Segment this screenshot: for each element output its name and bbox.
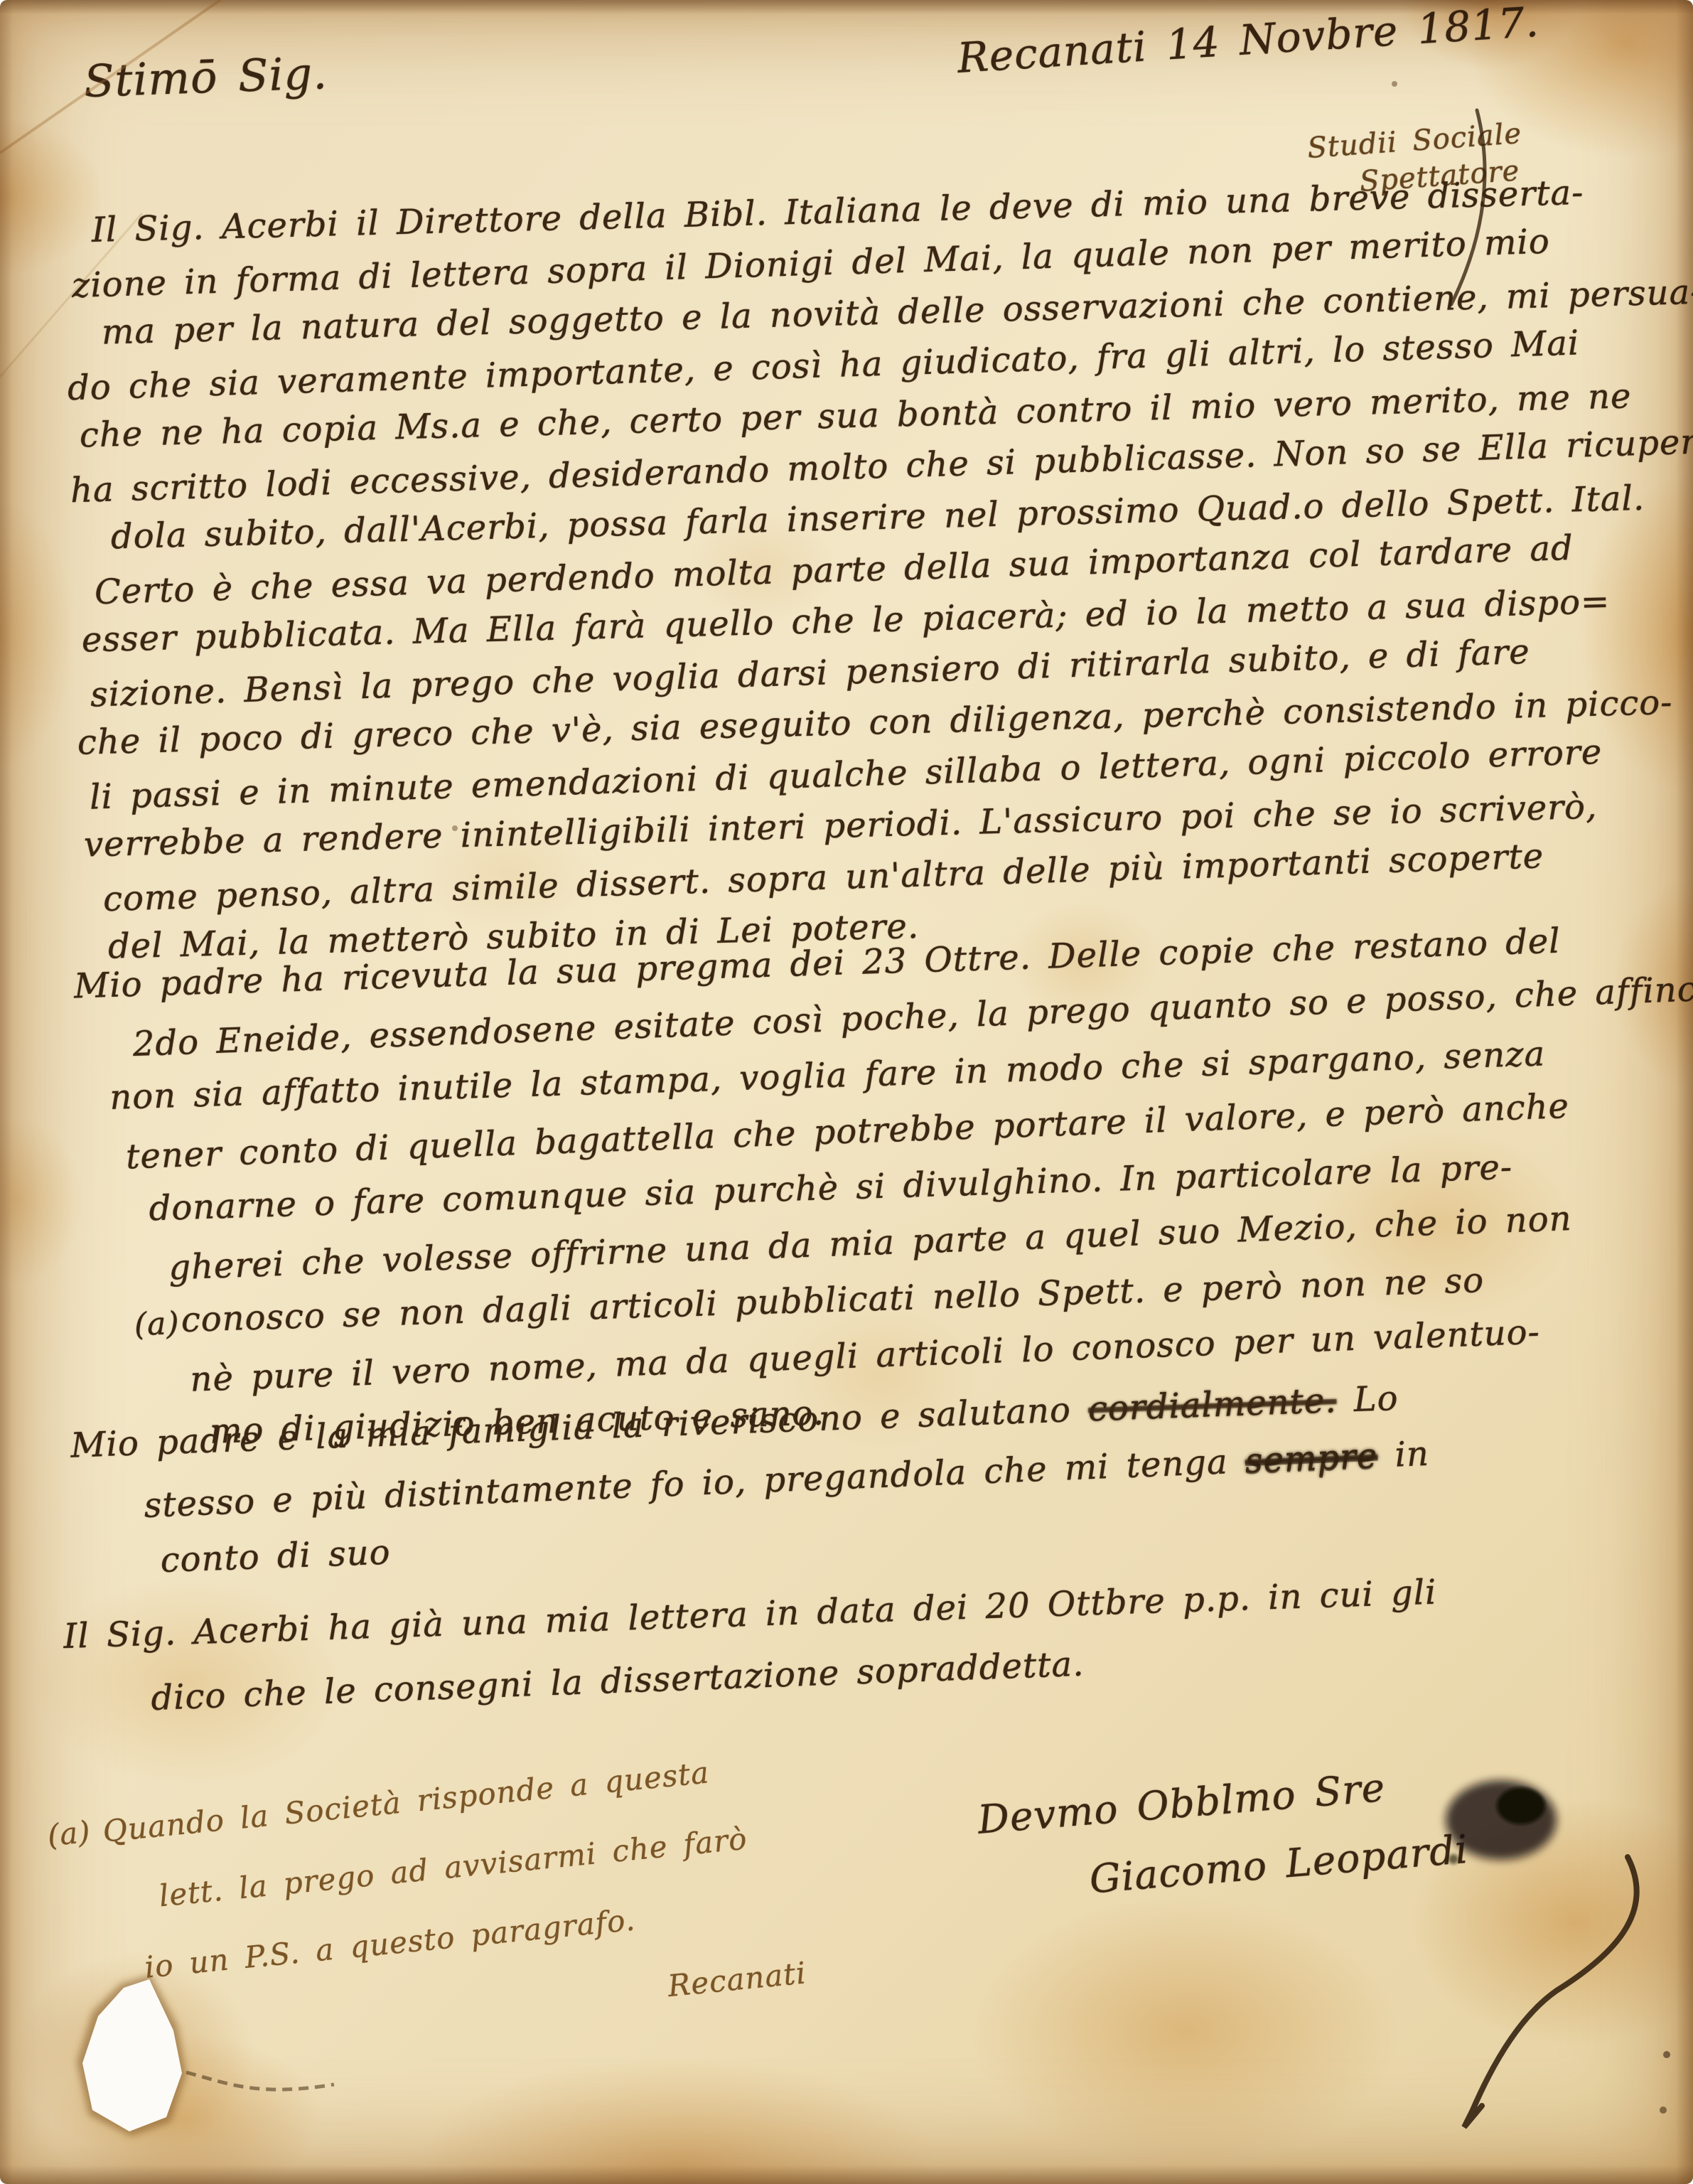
struck-word: sempre xyxy=(1245,1436,1379,1482)
salutation: Stimō Sig. xyxy=(83,47,328,107)
letter-line-text: in xyxy=(1394,1434,1429,1475)
dateline: Recanati 14 Novbre 1817. xyxy=(956,0,1540,82)
paragraph-1: Il Sig. Acerbi il Direttore della Bibl. … xyxy=(63,162,1693,975)
struck-word: cordialmente. xyxy=(1087,1381,1337,1429)
paper-crack xyxy=(186,2072,334,2089)
ink-speck xyxy=(1663,2051,1670,2058)
ink-speck xyxy=(1660,2107,1667,2114)
margin-note: (a) xyxy=(134,1295,181,1353)
footnote-label: (a) xyxy=(44,1797,94,1870)
letter-page: Stimō Sig. Recanati 14 Novbre 1817. Stud… xyxy=(0,0,1693,2184)
ink-speck xyxy=(1392,81,1397,87)
letter-line-text: Lo xyxy=(1353,1379,1399,1420)
